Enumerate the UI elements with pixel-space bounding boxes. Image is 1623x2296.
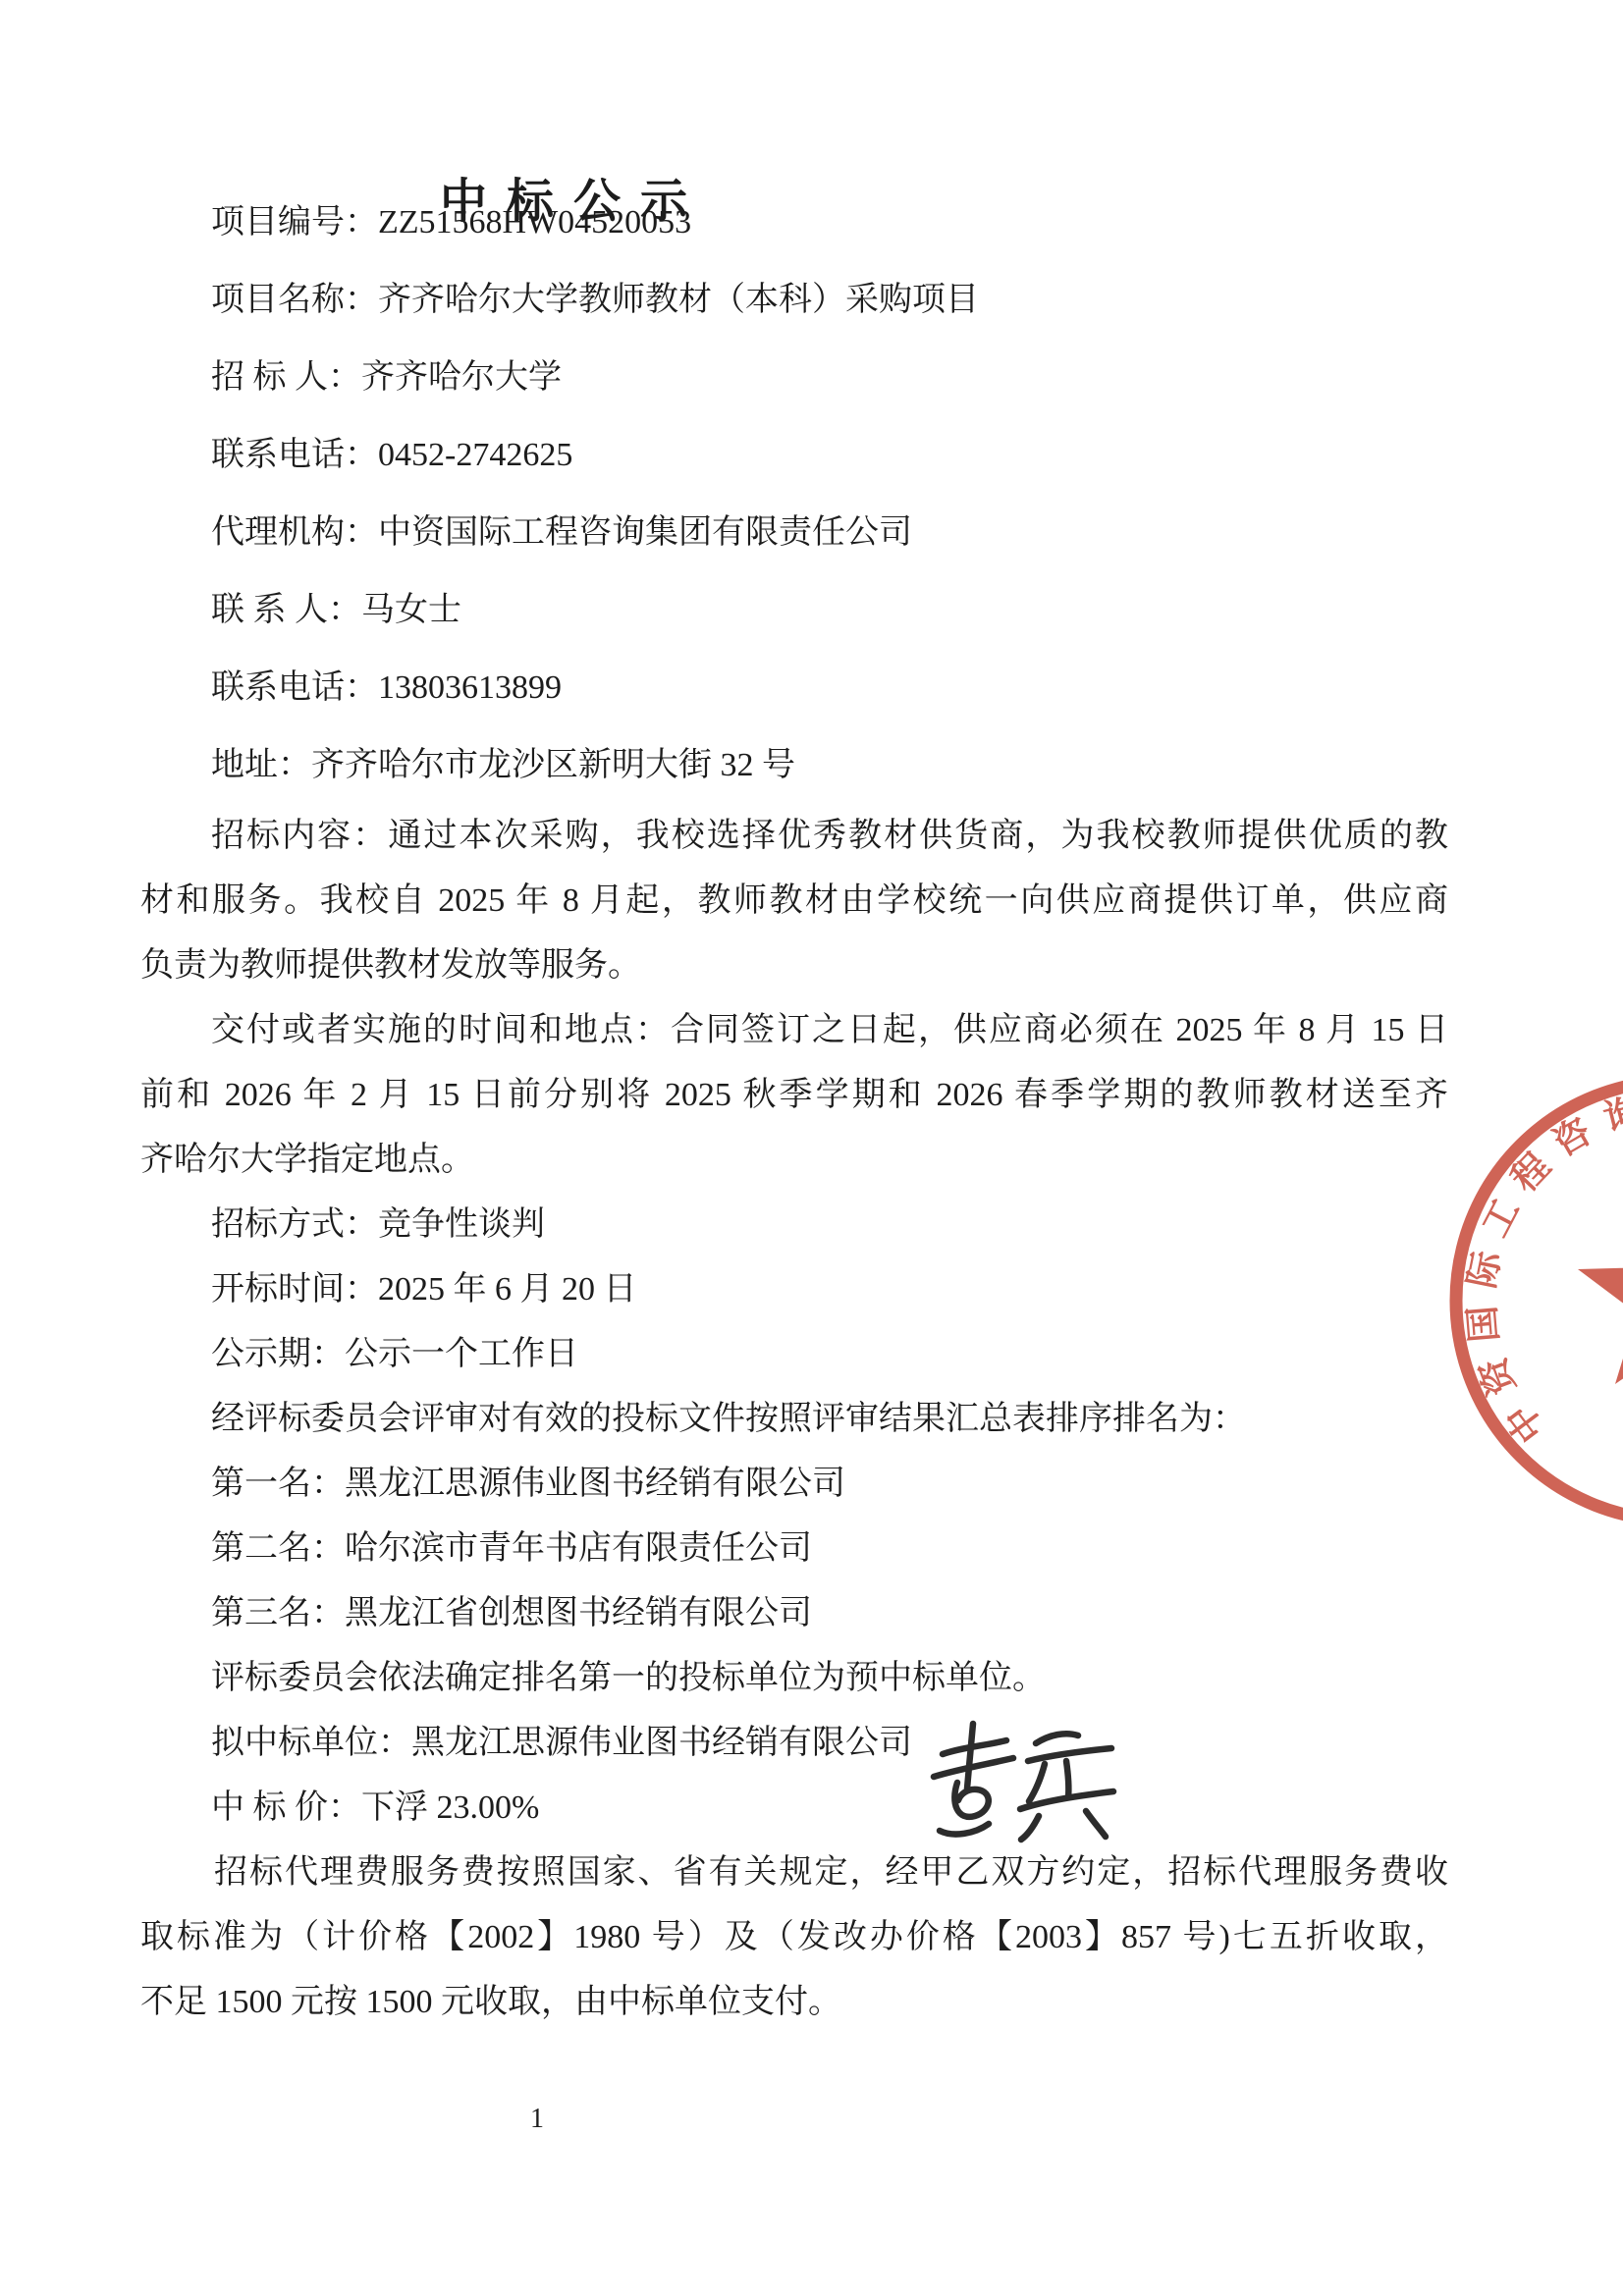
para-agency-fee-line: 不足 1500 元按 1500 元收取，由中标单位支付。 [140, 1982, 841, 2023]
field-label: 联系电话： [211, 669, 378, 706]
page-number: 1 [530, 2104, 544, 2135]
svg-text:中资国际工程咨询集团有限责任公司: 中资国际工程咨询集团有限责任公司 [1461, 1087, 1623, 1450]
field-project-name: 项目名称：齐齐哈尔大学教师教材（本科）采购项目 [211, 280, 979, 321]
field-winning-bidder: 拟中标单位：黑龙江思源伟业图书经销有限公司 [211, 1723, 912, 1764]
field-publicity-period: 公示期：公示一个工作日 [211, 1334, 578, 1375]
field-value: 中资国际工程咨询集团有限责任公司 [378, 514, 912, 551]
field-tender-method: 招标方式：竞争性谈判 [211, 1204, 545, 1246]
document-page: 中 标 公 示 项目编号：ZZ51568HW04520053 项目名称：齐齐哈尔… [0, 0, 1623, 2296]
para-agency-fee-line: 取标准为（计价格【2002】1980 号）及（发改办价格【2003】857 号)… [140, 1917, 1448, 1958]
field-label: 代理机构： [211, 514, 378, 551]
field-phone-2: 联系电话：13803613899 [211, 667, 562, 709]
line-committee-decision: 评标委员会依法确定排名第一的投标单位为预中标单位。 [211, 1658, 1046, 1699]
field-label: 联系电话： [211, 437, 378, 473]
seal-organization-text: 中资国际工程咨询集团有限责任公司 [1461, 1087, 1623, 1450]
field-winning-price: 中 标 价：下浮 23.00% [211, 1788, 539, 1829]
field-label: 地址： [211, 747, 311, 783]
line-rank-first: 第一名：黑龙江思源伟业图书经销有限公司 [211, 1464, 845, 1505]
field-label: 联 系 人： [211, 592, 361, 628]
para-delivery-line: 前和 2026 年 2 月 15 日前分别将 2025 秋季学期和 2026 春… [140, 1075, 1448, 1116]
field-label: 项目名称： [211, 282, 378, 318]
field-value: 齐齐哈尔市龙沙区新明大街 32 号 [311, 747, 795, 783]
field-opening-date: 开标时间：2025 年 6 月 20 日 [211, 1269, 637, 1310]
para-delivery-line: 交付或者实施的时间和地点：合同签订之日起，供应商必须在 2025 年 8 月 1… [211, 1010, 1448, 1051]
para-tender-content-line: 负责为教师提供教材发放等服务。 [140, 945, 641, 987]
field-agency: 代理机构：中资国际工程咨询集团有限责任公司 [211, 512, 912, 554]
field-value: 13803613899 [378, 669, 562, 706]
field-label: 项目编号： [211, 204, 378, 240]
para-agency-fee-line: 招标代理费服务费按照国家、省有关规定，经甲乙双方约定，招标代理服务费收 [214, 1852, 1448, 1894]
field-phone-1: 联系电话：0452-2742625 [211, 435, 572, 476]
field-value: 马女士 [361, 592, 461, 628]
field-value: 0452-2742625 [378, 437, 572, 473]
field-project-number: 项目编号：ZZ51568HW04520053 [211, 202, 691, 243]
field-tenderee: 招 标 人：齐齐哈尔大学 [211, 357, 562, 399]
field-contact-person: 联 系 人：马女士 [211, 590, 461, 631]
handwritten-signature: 黄兵 [918, 1710, 1134, 1857]
seal-star-icon [1578, 1198, 1623, 1384]
field-value: ZZ51568HW04520053 [378, 204, 691, 240]
para-tender-content-line: 材和服务。我校自 2025 年 8 月起，教师教材由学校统一向供应商提供订单，供… [140, 881, 1448, 922]
line-rank-third: 第三名：黑龙江省创想图书经销有限公司 [211, 1593, 812, 1634]
line-ranking-intro: 经评标委员会评审对有效的投标文件按照评审结果汇总表排序排名为： [211, 1399, 1246, 1440]
company-seal-stamp: 中资国际工程咨询集团有限责任公司 [1421, 1045, 1623, 1556]
field-address: 地址：齐齐哈尔市龙沙区新明大街 32 号 [211, 745, 795, 786]
para-delivery-line: 齐哈尔大学指定地点。 [140, 1140, 474, 1181]
para-tender-content-line: 招标内容：通过本次采购，我校选择优秀教材供货商，为我校教师提供优质的教 [211, 816, 1448, 857]
field-value: 齐齐哈尔大学 [361, 359, 562, 396]
field-value: 齐齐哈尔大学教师教材（本科）采购项目 [378, 282, 979, 318]
field-label: 招 标 人： [211, 359, 361, 396]
line-rank-second: 第二名：哈尔滨市青年书店有限责任公司 [211, 1528, 812, 1570]
